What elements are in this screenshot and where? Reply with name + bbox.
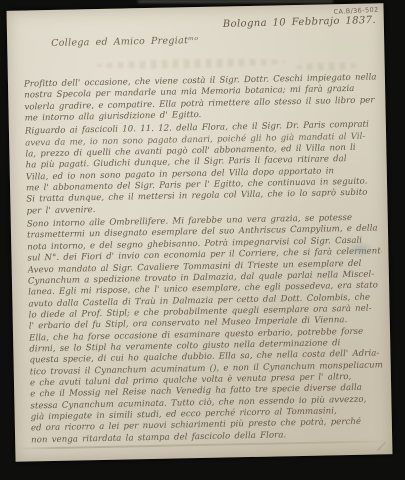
- corner-fold-mark: [376, 442, 386, 450]
- letter-body: Profitto dell' occasione, che viene cost…: [24, 72, 385, 448]
- letter-sheet: CA.B/36-502 Bologna 10 Febbrajo 1837. Co…: [7, 3, 393, 461]
- ink-show-through: [96, 57, 286, 70]
- scan-background: CA.B/36-502 Bologna 10 Febbrajo 1837. Co…: [0, 0, 405, 480]
- letter-paragraph: Profitto dell' occasione, che viene cost…: [24, 72, 379, 124]
- salutation: Collega ed Amico Pregiatᵐᵒ: [51, 35, 198, 49]
- letter-paragraph: Riguardo ai fascicoli 10. 11. 12. della …: [25, 120, 381, 218]
- paper-stain: [346, 240, 374, 258]
- letter-paragraph: Sono intorno alle Ombrellifere. Mi fareb…: [27, 212, 385, 446]
- dateline: Bologna 10 Febbrajo 1837.: [223, 15, 377, 30]
- ink-show-through: [296, 62, 358, 71]
- scanner-edge-artifact: [138, 0, 333, 3]
